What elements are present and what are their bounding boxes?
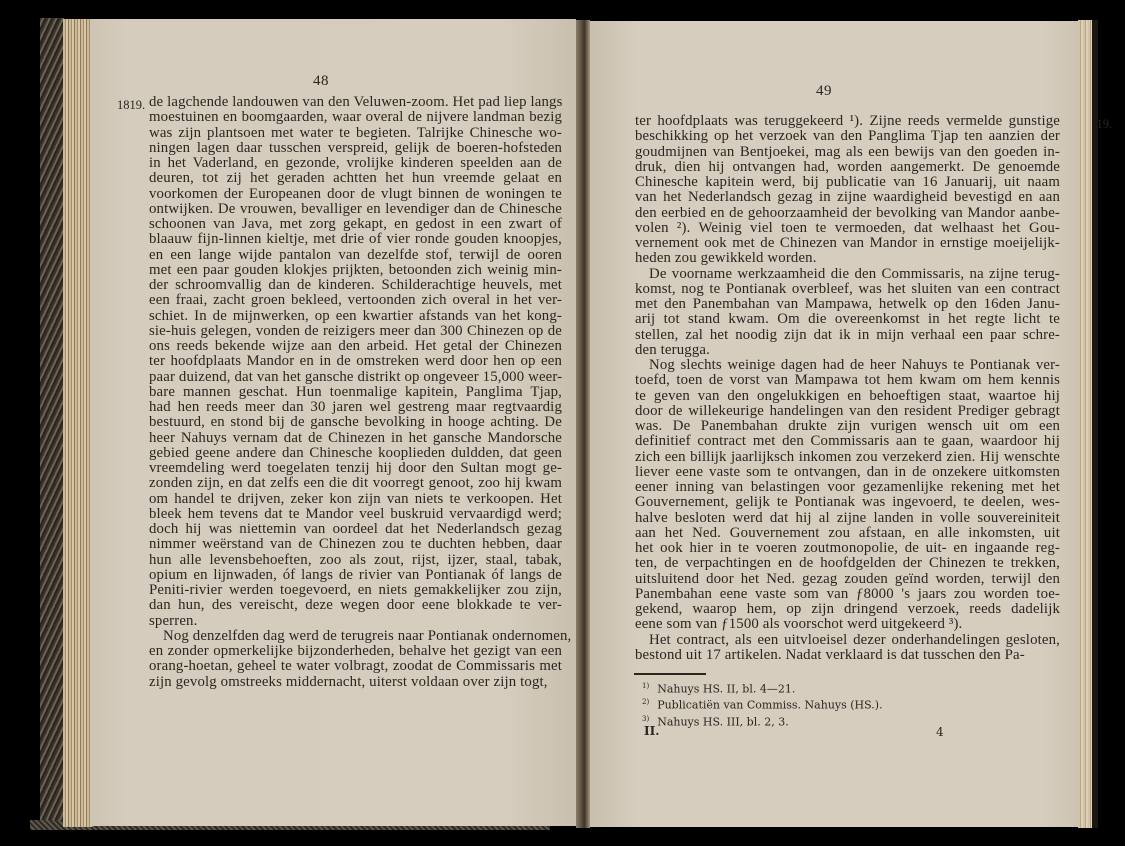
text-line: orang-hoetan, geheel te water volbragt, … [149, 659, 562, 674]
text-line: Nog denzelfden dag werd de terugreis naa… [149, 629, 562, 644]
page-number: 48 [313, 73, 329, 90]
margin-year: 1819. [117, 98, 145, 113]
text-line: moestuinen en boomgaarden, waar overal d… [149, 110, 562, 125]
text-line: Peniti-rivier werden toegevoerd, en niet… [149, 583, 562, 598]
text-line: bare mannen geschat. Hun toenmalige kapi… [149, 385, 562, 400]
text-line: eener inning van belastingen voor gezame… [635, 480, 1060, 495]
footnote: 1)Nahuys HS. II, bl. 4—21. [642, 680, 883, 696]
text-line: liever eene vaste som te ontvangen, dan … [635, 465, 1060, 480]
text-line: heden zou gewikkeld worden. [635, 251, 1060, 266]
text-line: de lagchende landouwen van den Veluwen-z… [149, 95, 562, 110]
text-line: stellen, zal het noodig zijn dat ik in m… [635, 328, 1060, 343]
footnote-text: Publicatiën van Commiss. Nahuys (HS.). [657, 699, 882, 712]
text-line: doch hij was niettemin van oordeel dat h… [149, 522, 562, 537]
text-line: een fraai, zacht groen bekleed, vertoond… [149, 293, 562, 308]
right-page: 49 1819. ter hoofdplaats was teruggekeer… [590, 21, 1080, 827]
text-line: en zonder opmerkelijke bijzonderheden, b… [149, 644, 562, 659]
text-line: den eerbied en de gehoorzaamheid der bev… [635, 206, 1060, 221]
text-line: beschikking op het verzoek van den Pangl… [635, 129, 1060, 144]
text-line: uitsluitend door het Ned. gezag zouden g… [635, 572, 1060, 587]
footnote: 3)Nahuys HS. III, bl. 2, 3. [642, 713, 883, 729]
text-line: zijn gevolg omstreeks middernacht, uiter… [149, 675, 562, 690]
text-line: blaauw fijn-linnen kieltje, met drie of … [149, 232, 562, 247]
text-line: gebied geene andere dan Chinesche koopli… [149, 446, 562, 461]
text-line: der schroomvallig dan de kinderen. Schil… [149, 278, 562, 293]
footnote: 2)Publicatiën van Commiss. Nahuys (HS.). [642, 696, 883, 712]
text-line: om handel te drijven, zeker kon zijn van… [149, 492, 562, 507]
text-line: ningen lagen daar tusschen verspreid, ge… [149, 141, 562, 156]
footnotes: 1)Nahuys HS. II, bl. 4—21.2)Publicatiën … [642, 680, 883, 729]
text-line: was. De Panembahan drukte zijn vurigen w… [635, 419, 1060, 434]
text-line: van het Nederlandsch gezag in zijne waar… [635, 190, 1060, 205]
text-line: in het Vaderland, en gezonde, vrolijke k… [149, 156, 562, 171]
text-line: ontwijken. De vrouwen, bevalliger en lev… [149, 202, 562, 217]
page-number: 49 [816, 83, 832, 100]
text-line: toefd, toen de vorst van Mampawa tot hem… [635, 373, 1060, 388]
body-text: de lagchende landouwen van den Veluwen-z… [149, 95, 562, 690]
text-line: Panembahan eene vaste som van ƒ8000 's j… [635, 587, 1060, 602]
text-line: goudmijnen van Bentjoekei, mag als een b… [635, 145, 1060, 160]
book-cover-left [40, 18, 64, 828]
text-line: deuren, tot zij het geraden achtten het … [149, 171, 562, 186]
footnote-mark: 3) [642, 715, 649, 723]
text-line: bestuurd, en stond bij de gansche bevolk… [149, 415, 562, 430]
text-line: met een paar gouden klokjes prijkten, be… [149, 263, 562, 278]
text-line: De voorname werkzaamheid die den Commiss… [635, 267, 1060, 282]
text-line: hun alle levensbehoeften, zoo als zout, … [149, 553, 562, 568]
text-line: het ook hier in te voeren zoutmonopolie,… [635, 541, 1060, 556]
text-line: sie-huis gelegen, vonden de reizigers me… [149, 324, 562, 339]
text-line: paar duizend, dat van het gansche distri… [149, 370, 562, 385]
text-line: dan hun, des vereischt, deze wegen door … [149, 598, 562, 613]
text-line: volen ²). Weinig viel toen te vermoeden,… [635, 221, 1060, 236]
text-line: druk, dien hij ontvangen had, worden aan… [635, 160, 1060, 175]
text-line: met den Panembahan van Mampawa, hetwelk … [635, 297, 1060, 312]
page-edges-left [63, 19, 93, 827]
text-line: vernement ook met de Chinezen van Mandor… [635, 236, 1060, 251]
text-line: ter hoofdplaats was teruggekeerd ¹). Zij… [635, 114, 1060, 129]
text-line: door de willekeurige handelingen van den… [635, 404, 1060, 419]
text-line: komst, nog te Pontianak overbleef, was h… [635, 282, 1060, 297]
text-line: was zijn plantsoen met water te begieten… [149, 126, 562, 141]
text-line: aan het Ned. Gouvernement zou afstaan, e… [635, 526, 1060, 541]
footnote-text: Nahuys HS. II, bl. 4—21. [657, 683, 795, 696]
text-line: heer Nahuys vernam dat de Chinezen in he… [149, 431, 562, 446]
text-line: definitief contract met den Commissaris … [635, 434, 1060, 449]
body-text: ter hoofdplaats was teruggekeerd ¹). Zij… [635, 114, 1060, 663]
text-line: Het contract, als een uitvloeisel dezer … [635, 633, 1060, 648]
footnote-mark: 1) [642, 682, 649, 690]
text-line: en een lange wijde pantalon van dezelfde… [149, 248, 562, 263]
text-line: arij tot stand kwam. Om die overeenkomst… [635, 312, 1060, 327]
page-edges-right [1078, 20, 1092, 828]
text-line: den terugga. [635, 343, 1060, 358]
text-line: ons reeds bekende wijze aan den arbeid. … [149, 339, 562, 354]
text-line: voorkomen der Europeanen door de vlugt b… [149, 187, 562, 202]
text-line: bestond uit 17 artikelen. Nadat verklaar… [635, 648, 1060, 663]
text-line: Gouvernement, gelijk te Pontianak was in… [635, 495, 1060, 510]
text-line: zonden zijn, en dat zelfs een die dit vo… [149, 476, 562, 491]
footnote-text: Nahuys HS. III, bl. 2, 3. [657, 716, 789, 729]
text-line: gekend, waarop hem, op zijn dringend ver… [635, 602, 1060, 617]
text-line: opium en lijnwaden, óf langs de rivier v… [149, 568, 562, 583]
book-spine-right [1092, 20, 1098, 828]
footnote-separator [634, 673, 706, 675]
text-line: vreemdeling werd toegelaten tenzij hij d… [149, 461, 562, 476]
text-line: bleek hem tevens dat te Mandor veel busk… [149, 507, 562, 522]
footnote-mark: 2) [642, 698, 649, 706]
left-page: 48 1819. de lagchende landouwen van den … [90, 19, 576, 826]
text-line: zich een billijk jaarlijksch inkomen zou… [635, 450, 1060, 465]
text-line: schoonen van Java, met zorg gekapt, en g… [149, 217, 562, 232]
text-line: halve besloten werd dat hij al zijne lan… [635, 511, 1060, 526]
text-line: Chinesche kapitein werd, bij publicatie … [635, 175, 1060, 190]
text-line: ter hoofdplaats Mandor en in de omstreke… [149, 354, 562, 369]
book-gutter [576, 20, 590, 828]
signature-mark: II. [644, 724, 659, 738]
text-line: nimmer weërstand van de Chinezen zou te … [149, 537, 562, 552]
text-line: eene som van ƒ1500 als voorschot werd ui… [635, 617, 1060, 632]
text-line: ten, de verpachtingen en de hoofdgelden … [635, 556, 1060, 571]
text-line: schiet. In de mijnwerken, op een kwartie… [149, 309, 562, 324]
text-line: Nog slechts weinige dagen had de heer Na… [635, 358, 1060, 373]
text-line: sperren. [149, 614, 562, 629]
signature-number: 4 [936, 725, 944, 739]
text-line: te geven van den ongelukkigen en behoeft… [635, 389, 1060, 404]
text-line: had hen reeds meer dan 30 jaren wel gest… [149, 400, 562, 415]
